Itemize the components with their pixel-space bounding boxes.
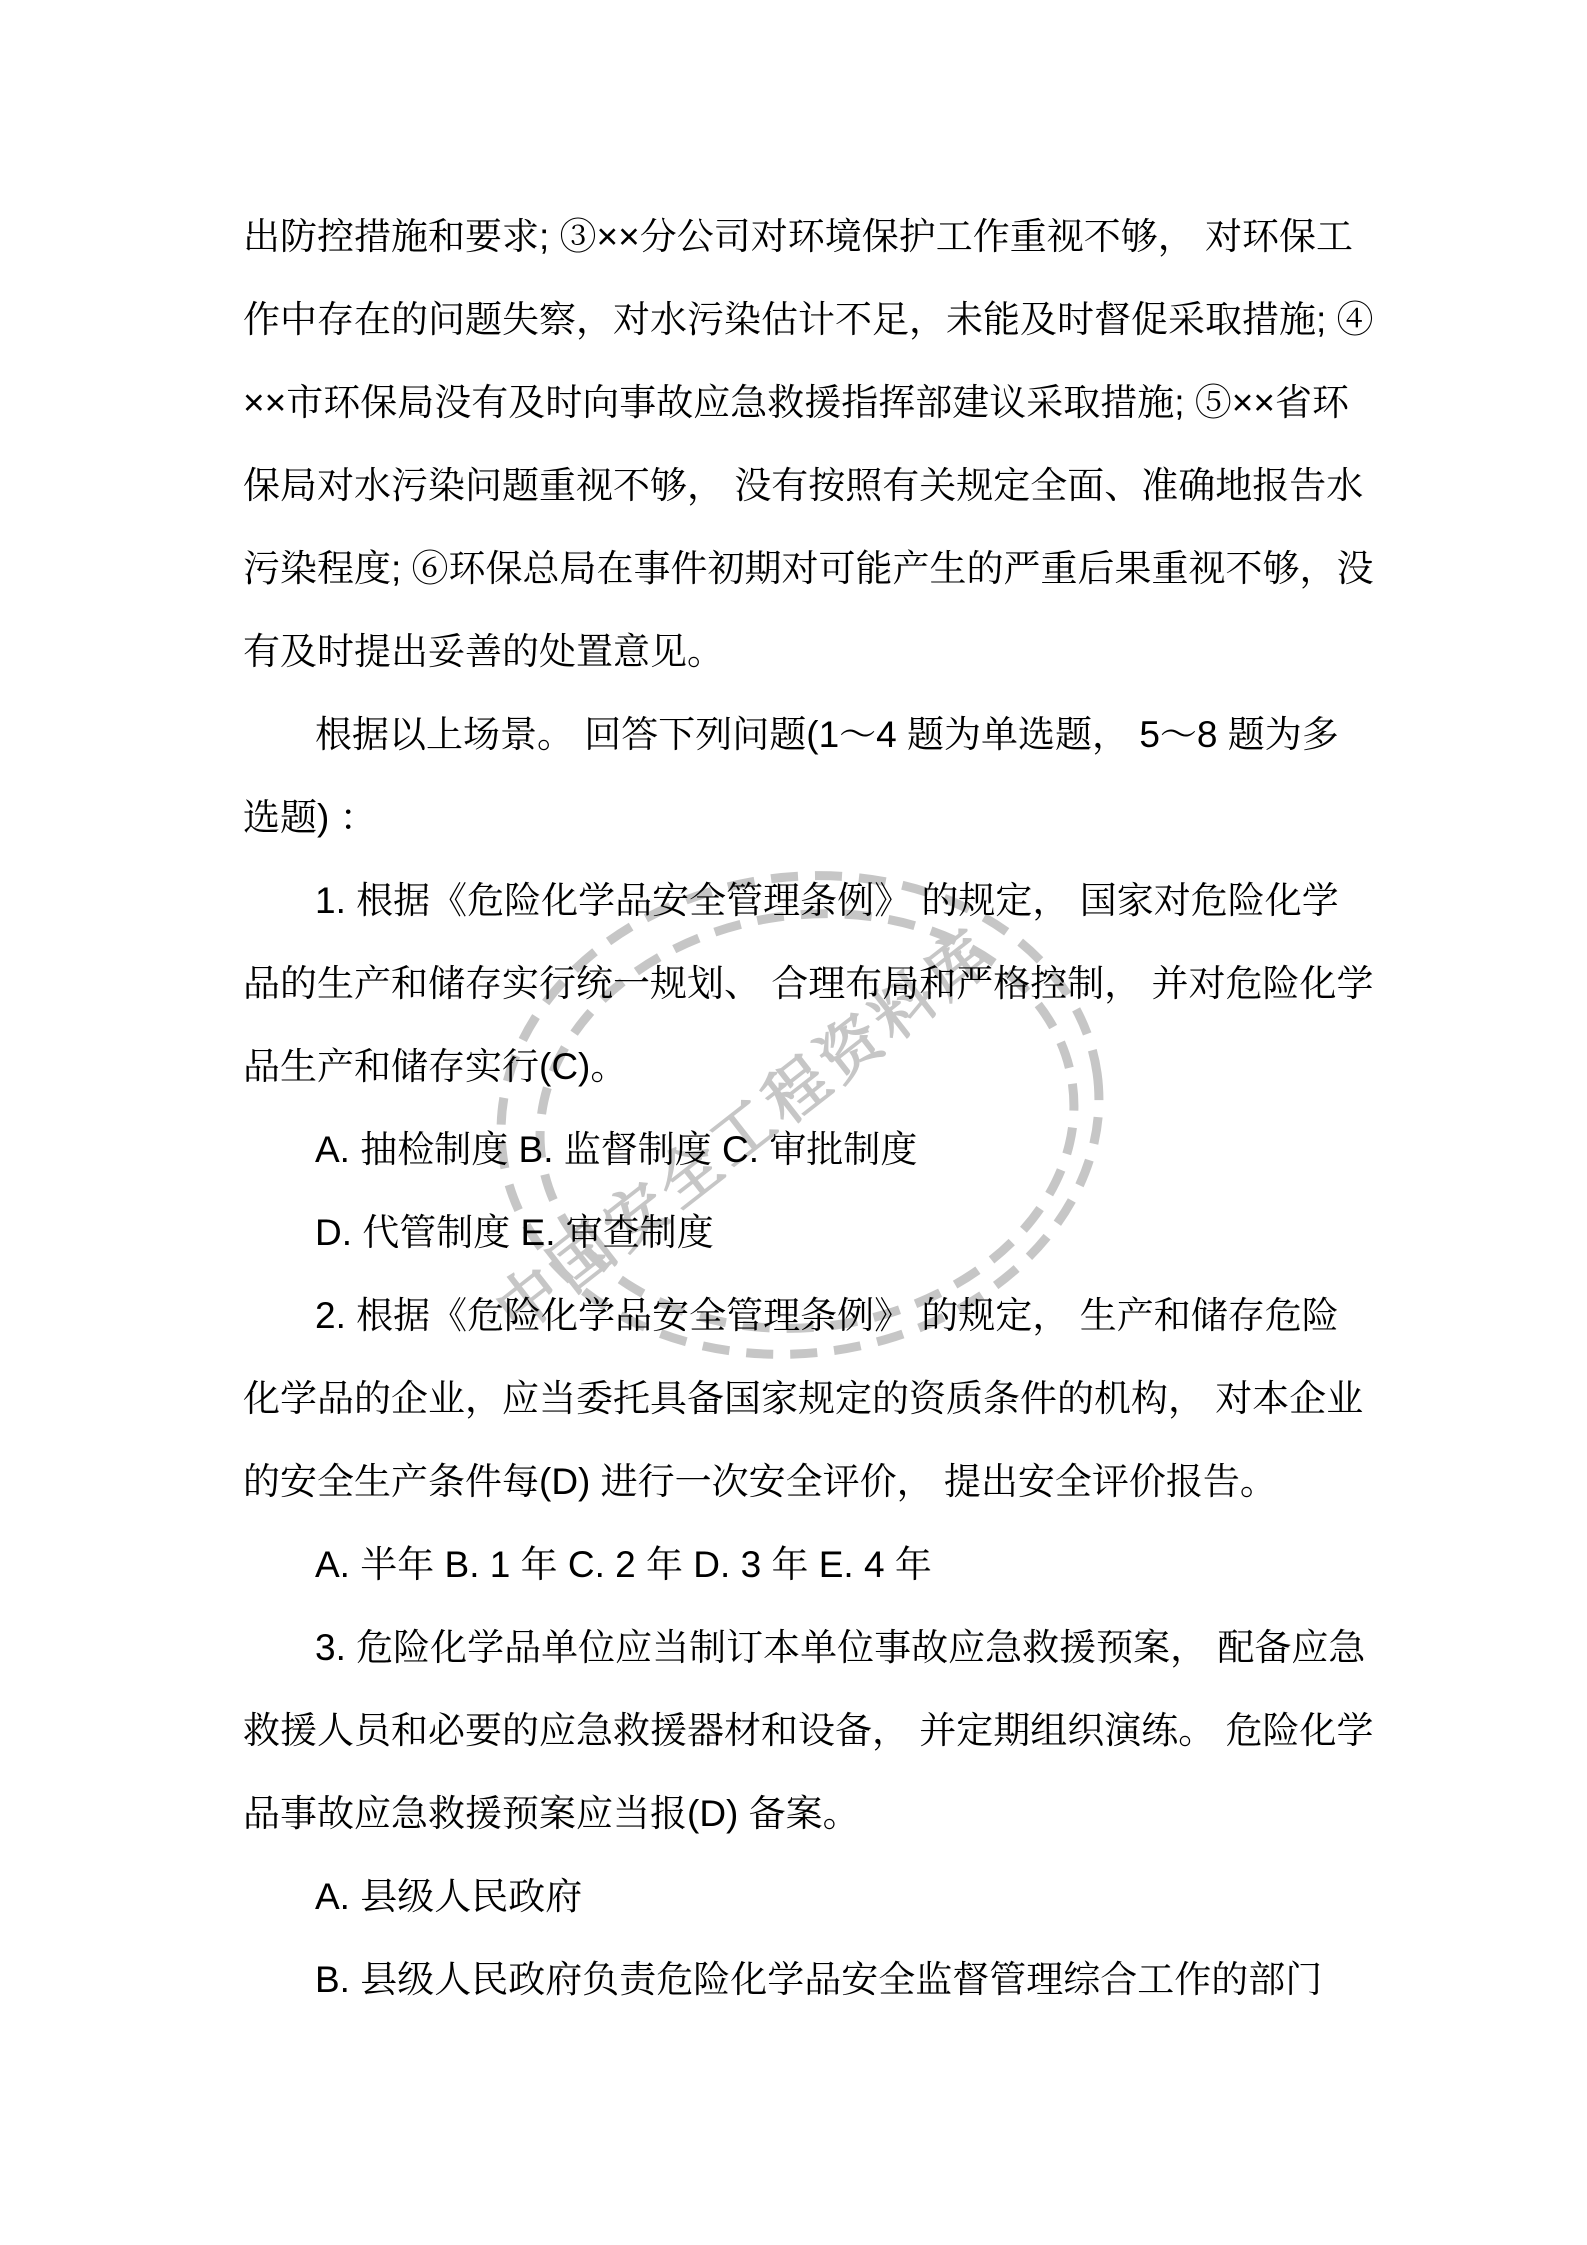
- text-line: 出防控措施和要求; ③××分公司对环境保护工作重视不够， 对环保工: [243, 195, 1358, 278]
- text-line-question-1: 1. 根据《危险化学品安全管理条例》 的规定， 国家对危险化学: [243, 859, 1358, 942]
- text-line: 救援人员和必要的应急救援器材和设备， 并定期组织演练。 危险化学: [243, 1689, 1358, 1772]
- text-line: 根据以上场景。 回答下列问题(1～4 题为单选题， 5～8 题为多: [243, 693, 1358, 776]
- text-line: 污染程度; ⑥环保总局在事件初期对可能产生的严重后果重视不够，没: [243, 527, 1358, 610]
- document-page: 中国安全工程资料库 出防控措施和要求; ③××分公司对环境保护工作重视不够， 对…: [0, 0, 1587, 2245]
- text-line-options: B. 县级人民政府负责危险化学品安全监督管理综合工作的部门: [243, 1938, 1358, 2021]
- text-line: 选题) ：: [243, 776, 1358, 859]
- text-line-options: D. 代管制度 E. 审查制度: [243, 1191, 1358, 1274]
- text-line: 保局对水污染问题重视不够， 没有按照有关规定全面、准确地报告水: [243, 444, 1358, 527]
- text-line-options: A. 抽检制度 B. 监督制度 C. 审批制度: [243, 1108, 1358, 1191]
- text-line: 品事故应急救援预案应当报(D) 备案。: [243, 1772, 1358, 1855]
- text-line-question-2: 2. 根据《危险化学品安全管理条例》 的规定， 生产和储存危险: [243, 1274, 1358, 1357]
- text-line-options: A. 县级人民政府: [243, 1855, 1358, 1938]
- text-line: 的安全生产条件每(D) 进行一次安全评价， 提出安全评价报告。: [243, 1440, 1358, 1523]
- text-line: 品的生产和储存实行统一规划、 合理布局和严格控制， 并对危险化学: [243, 942, 1358, 1025]
- text-line: 化学品的企业，应当委托具备国家规定的资质条件的机构， 对本企业: [243, 1357, 1358, 1440]
- text-block: 出防控措施和要求; ③××分公司对环境保护工作重视不够， 对环保工 作中存在的问…: [243, 195, 1358, 2021]
- text-line: 有及时提出妥善的处置意见。: [243, 610, 1358, 693]
- text-line-question-3: 3. 危险化学品单位应当制订本单位事故应急救援预案， 配备应急: [243, 1606, 1358, 1689]
- text-line: ××市环保局没有及时向事故应急救援指挥部建议采取措施; ⑤××省环: [243, 361, 1358, 444]
- text-line-options: A. 半年 B. 1 年 C. 2 年 D. 3 年 E. 4 年: [243, 1523, 1358, 1606]
- text-line: 品生产和储存实行(C)。: [243, 1025, 1358, 1108]
- text-line: 作中存在的问题失察，对水污染估计不足，未能及时督促采取措施; ④: [243, 278, 1358, 361]
